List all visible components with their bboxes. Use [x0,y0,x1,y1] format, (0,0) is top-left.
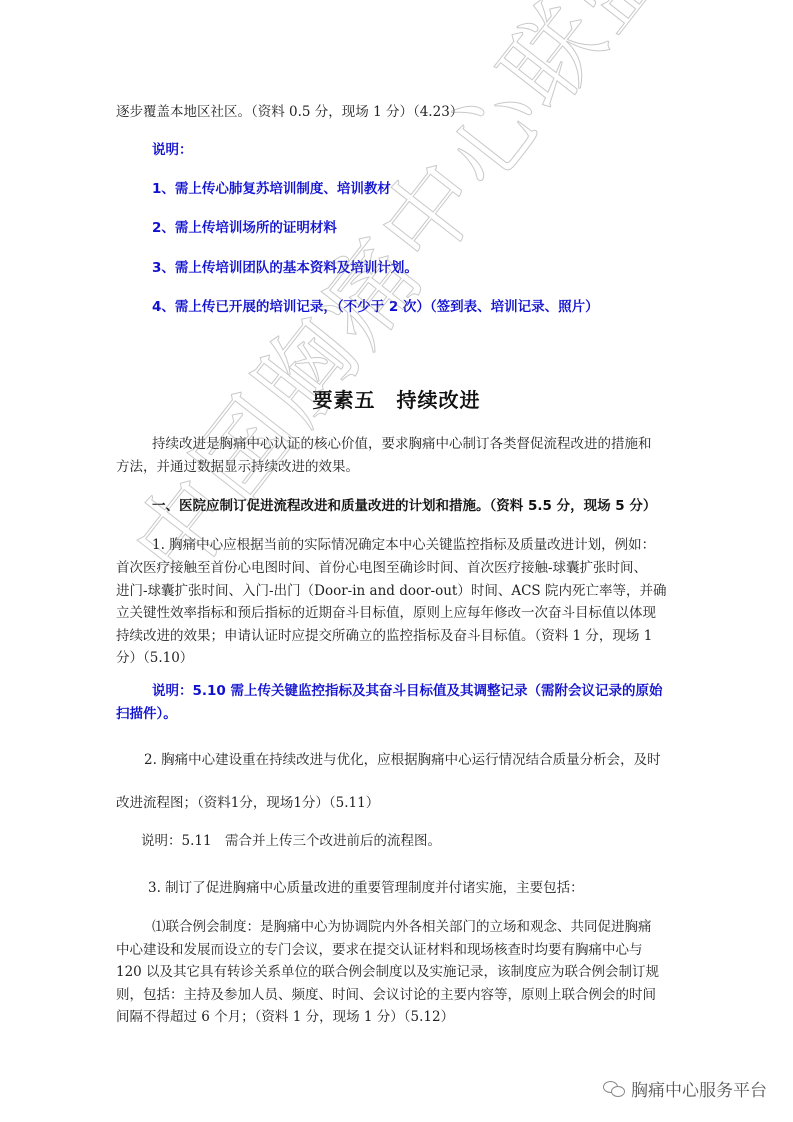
item-2-line: 改进流程图；（资料1分，现场1分）（5.11） [116,795,379,811]
item-1-line: 进门-球囊扩张时间、入门-出门（Door-in and door-out）时间、… [116,583,666,599]
note-item: 3、需上传培训团队的基本资料及培训计划。 [152,260,418,276]
item-1-line: 首次医疗接触至首份心电图时间、首份心电图至确诊时间、首次医疗接触-球囊扩张时间、 [116,560,647,576]
footer-brand: 胸痛中心服务平台 [603,1076,767,1101]
note-item: 1、需上传心肺复苏培训制度、培训教材 [152,181,391,197]
document-page: 逐步覆盖本地区社区。（资料 0.5 分，现场 1 分）（4.23） 说明： 1、… [0,0,793,1122]
item-1-line: 立关键性效率指标和预后指标的近期奋斗目标值，原则上应每年修改一次奋斗目标值以体现 [116,605,656,621]
item-3: 3. 制订了促进胸痛中心质量改进的重要管理制度并付诸实施，主要包括： [148,880,584,896]
item-1-line: 分）（5.10） [116,650,193,666]
wechat-icon [603,1080,625,1098]
item-1-line: 持续改进的效果；申请认证时应提交所确立的监控指标及奋斗目标值。（资料 1 分，现… [116,628,652,644]
note-label: 说明： [152,142,193,158]
item-2-line: 2. 胸痛中心建设重在持续改进与优化，应根据胸痛中心运行情况结合质量分析会，及时 [144,752,661,768]
footer-label: 胸痛中心服务平台 [631,1076,767,1101]
note-5-10: 说明：5.10 需上传关键监控指标及其奋斗目标值及其调整记录（需附会议记录的原始 [152,683,663,699]
item-3-1-line: 120 以及其它具有转诊关系单位的联合例会制度以及实施记录，该制度应为联合例会制… [116,964,659,980]
subsection-heading: 一、医院应制订促进流程改进和质量改进的计划和措施。（资料 5.5 分，现场 5 … [152,498,656,514]
note-5-10: 扫描件）。 [116,706,177,722]
intro-line: 持续改进是胸痛中心认证的核心价值，要求胸痛中心制订各类督促流程改进的措施和 [152,436,652,452]
note-5-11: 说明：5.11 需合并上传三个改进前后的流程图。 [141,833,441,849]
item-1-line: 1. 胸痛中心应根据当前的实际情况确定本中心关键监控指标及质量改进计划，例如： [152,537,655,553]
top-line: 逐步覆盖本地区社区。（资料 0.5 分，现场 1 分）（4.23） [116,104,463,120]
note-item: 2、需上传培训场所的证明材料 [152,220,337,236]
item-3-1-line: 间隔不得超过 6 个月；（资料 1 分，现场 1 分）（5.12） [116,1009,454,1025]
section-title: 要素五 持续改进 [0,384,793,413]
intro-line: 方法，并通过数据显示持续改进的效果。 [116,459,359,475]
item-3-1-line: 中心建设和发展而设立的专门会议，要求在提交认证材料和现场核查时均要有胸痛中心与 [116,942,643,958]
item-3-1-line: ⑴联合例会制度：是胸痛中心为协调院内外各相关部门的立场和观念、共同促进胸痛 [152,919,652,935]
note-item: 4、需上传已开展的培训记录，（不少于 2 次）（签到表、培训记录、照片） [152,299,599,315]
item-3-1-line: 则，包括：主持及参加人员、频度、时间、会议讨论的主要内容等，原则上联合例会的时间 [116,987,656,1003]
